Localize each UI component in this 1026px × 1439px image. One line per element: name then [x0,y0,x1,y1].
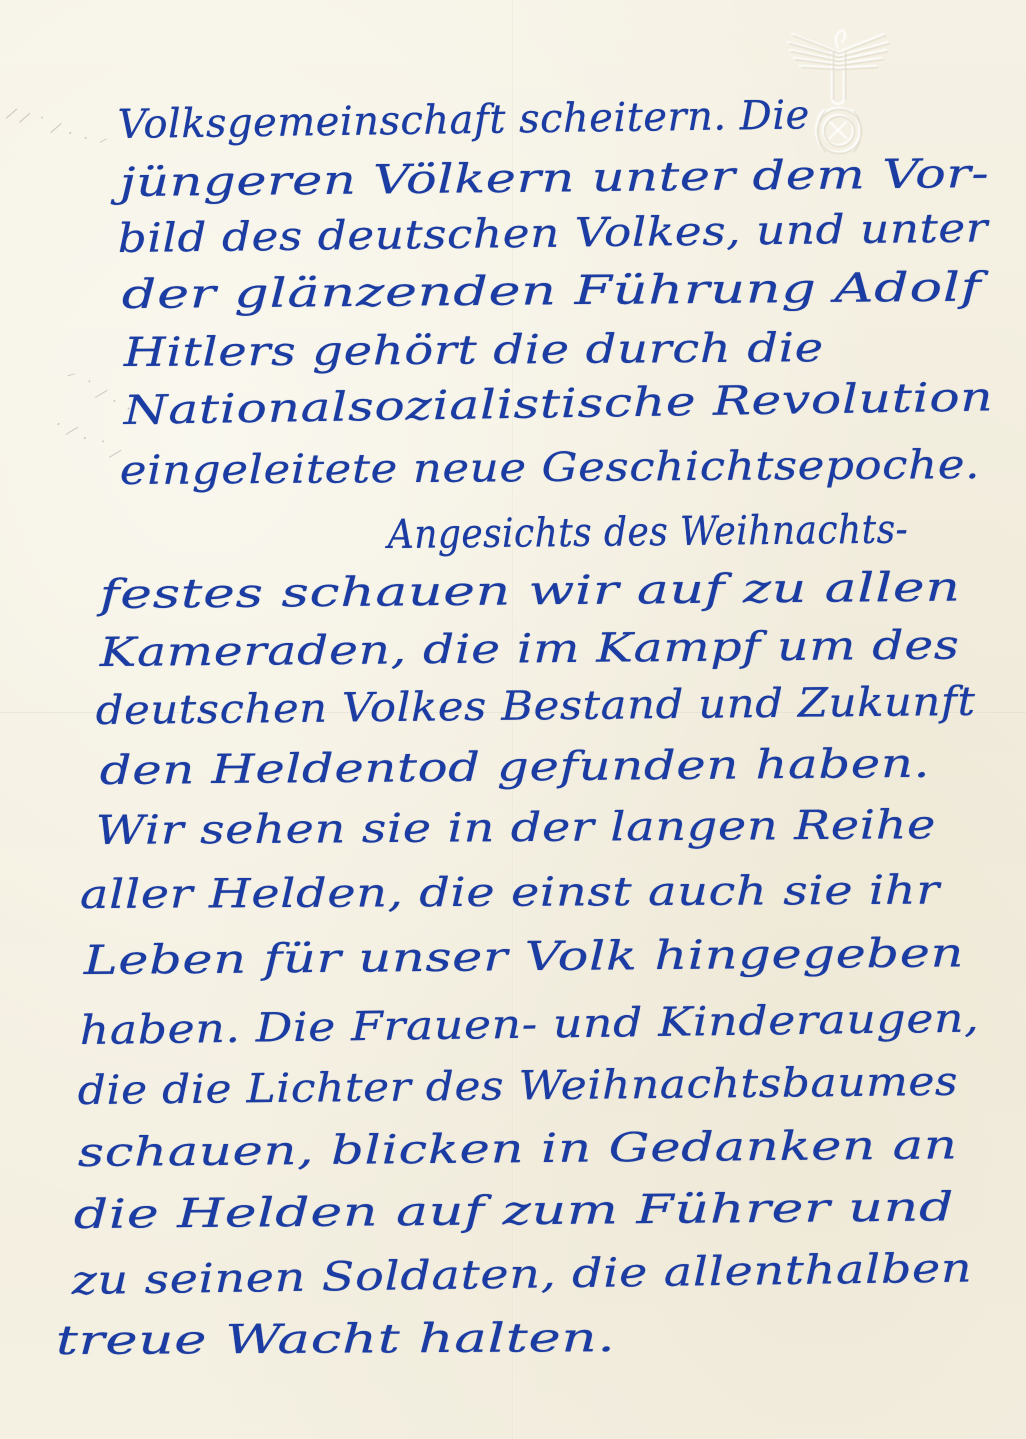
letter-line: treue Wacht halten. [56,1315,616,1364]
handwritten-letter: Volksgemeinschaft scheitern. Die jüngere… [0,0,1026,1439]
letter-line: Kameraden, die im Kampf um des [100,622,960,676]
letter-line: eingeleitete neue Geschichtsepoche. [120,442,980,494]
letter-line: den Heldentod gefunden haben. [100,741,930,794]
letter-line: jüngeren Völkern unter dem Vor- [120,151,990,206]
letter-line: Nationalsozialistische Revolution [123,374,993,434]
letter-line: Wir sehen sie in der langen Reihe [96,802,937,854]
letter-line: die die Lichter des Weihnachtsbaumes [78,1059,959,1114]
letter-line: deutschen Volkes Bestand und Zukunft [96,679,976,734]
letter-line: Leben für unser Volk hingegeben [84,930,965,984]
letter-line: schauen, blicken in Gedanken an [78,1122,958,1176]
letter-line: Angesichts des Weihnachts- [388,507,909,558]
letter-line: aller Helden, die einst auch sie ihr [80,867,940,918]
letter-line: festes schauen wir auf zu allen [100,564,961,618]
letter-line: haben. Die Frauen- und Kinderaugen, [79,995,979,1054]
letter-line: bild des deutschen Volkes, und unter [117,205,988,262]
letter-line: Hitlers gehört die durch die [124,325,824,376]
letter-line: Volksgemeinschaft scheitern. Die [117,90,978,148]
letter-line: der glänzenden Führung Adolf [122,265,982,318]
letter-line: zu seinen Soldaten, die allenthalben [71,1245,972,1304]
letter-line: die Helden auf zum Führer und [74,1184,955,1238]
